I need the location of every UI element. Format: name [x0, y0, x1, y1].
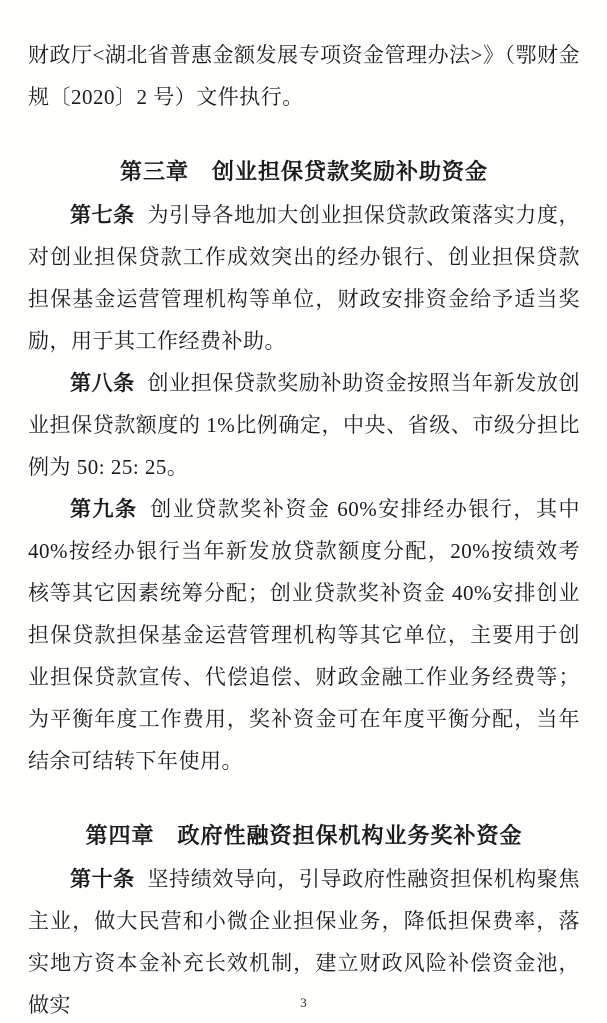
article-9-text: 创业贷款奖补资金 60%安排经办银行，其中 40%按经办银行当年新发放贷款额度分… — [28, 497, 580, 773]
article-7-paragraph: 第七条为引导各地加大创业担保贷款政策落实力度，对创业担保贷款工作成效突出的经办银… — [28, 194, 580, 362]
document-page: 财政厅<湖北省普惠金额发展专项资金管理办法>》（鄂财金规〔2020〕2 号）文件… — [0, 0, 607, 1023]
article-7-label: 第七条 — [70, 203, 135, 227]
article-10-label: 第十条 — [70, 867, 135, 891]
page-number: 3 — [0, 995, 607, 1011]
article-8-paragraph: 第八条创业担保贷款奖励补助资金按照当年新发放创业担保贷款额度的 1%比例确定，中… — [28, 362, 580, 488]
chapter-4-heading: 第四章 政府性融资担保机构业务奖补资金 — [28, 814, 580, 858]
article-9-label: 第九条 — [70, 497, 138, 521]
chapter-3-heading: 第三章 创业担保贷款奖励补助资金 — [28, 150, 580, 194]
article-9-paragraph: 第九条创业贷款奖补资金 60%安排经办银行，其中 40%按经办银行当年新发放贷款… — [28, 488, 580, 782]
article-8-label: 第八条 — [70, 371, 135, 395]
intro-continuation-paragraph: 财政厅<湖北省普惠金额发展专项资金管理办法>》（鄂财金规〔2020〕2 号）文件… — [28, 34, 580, 118]
